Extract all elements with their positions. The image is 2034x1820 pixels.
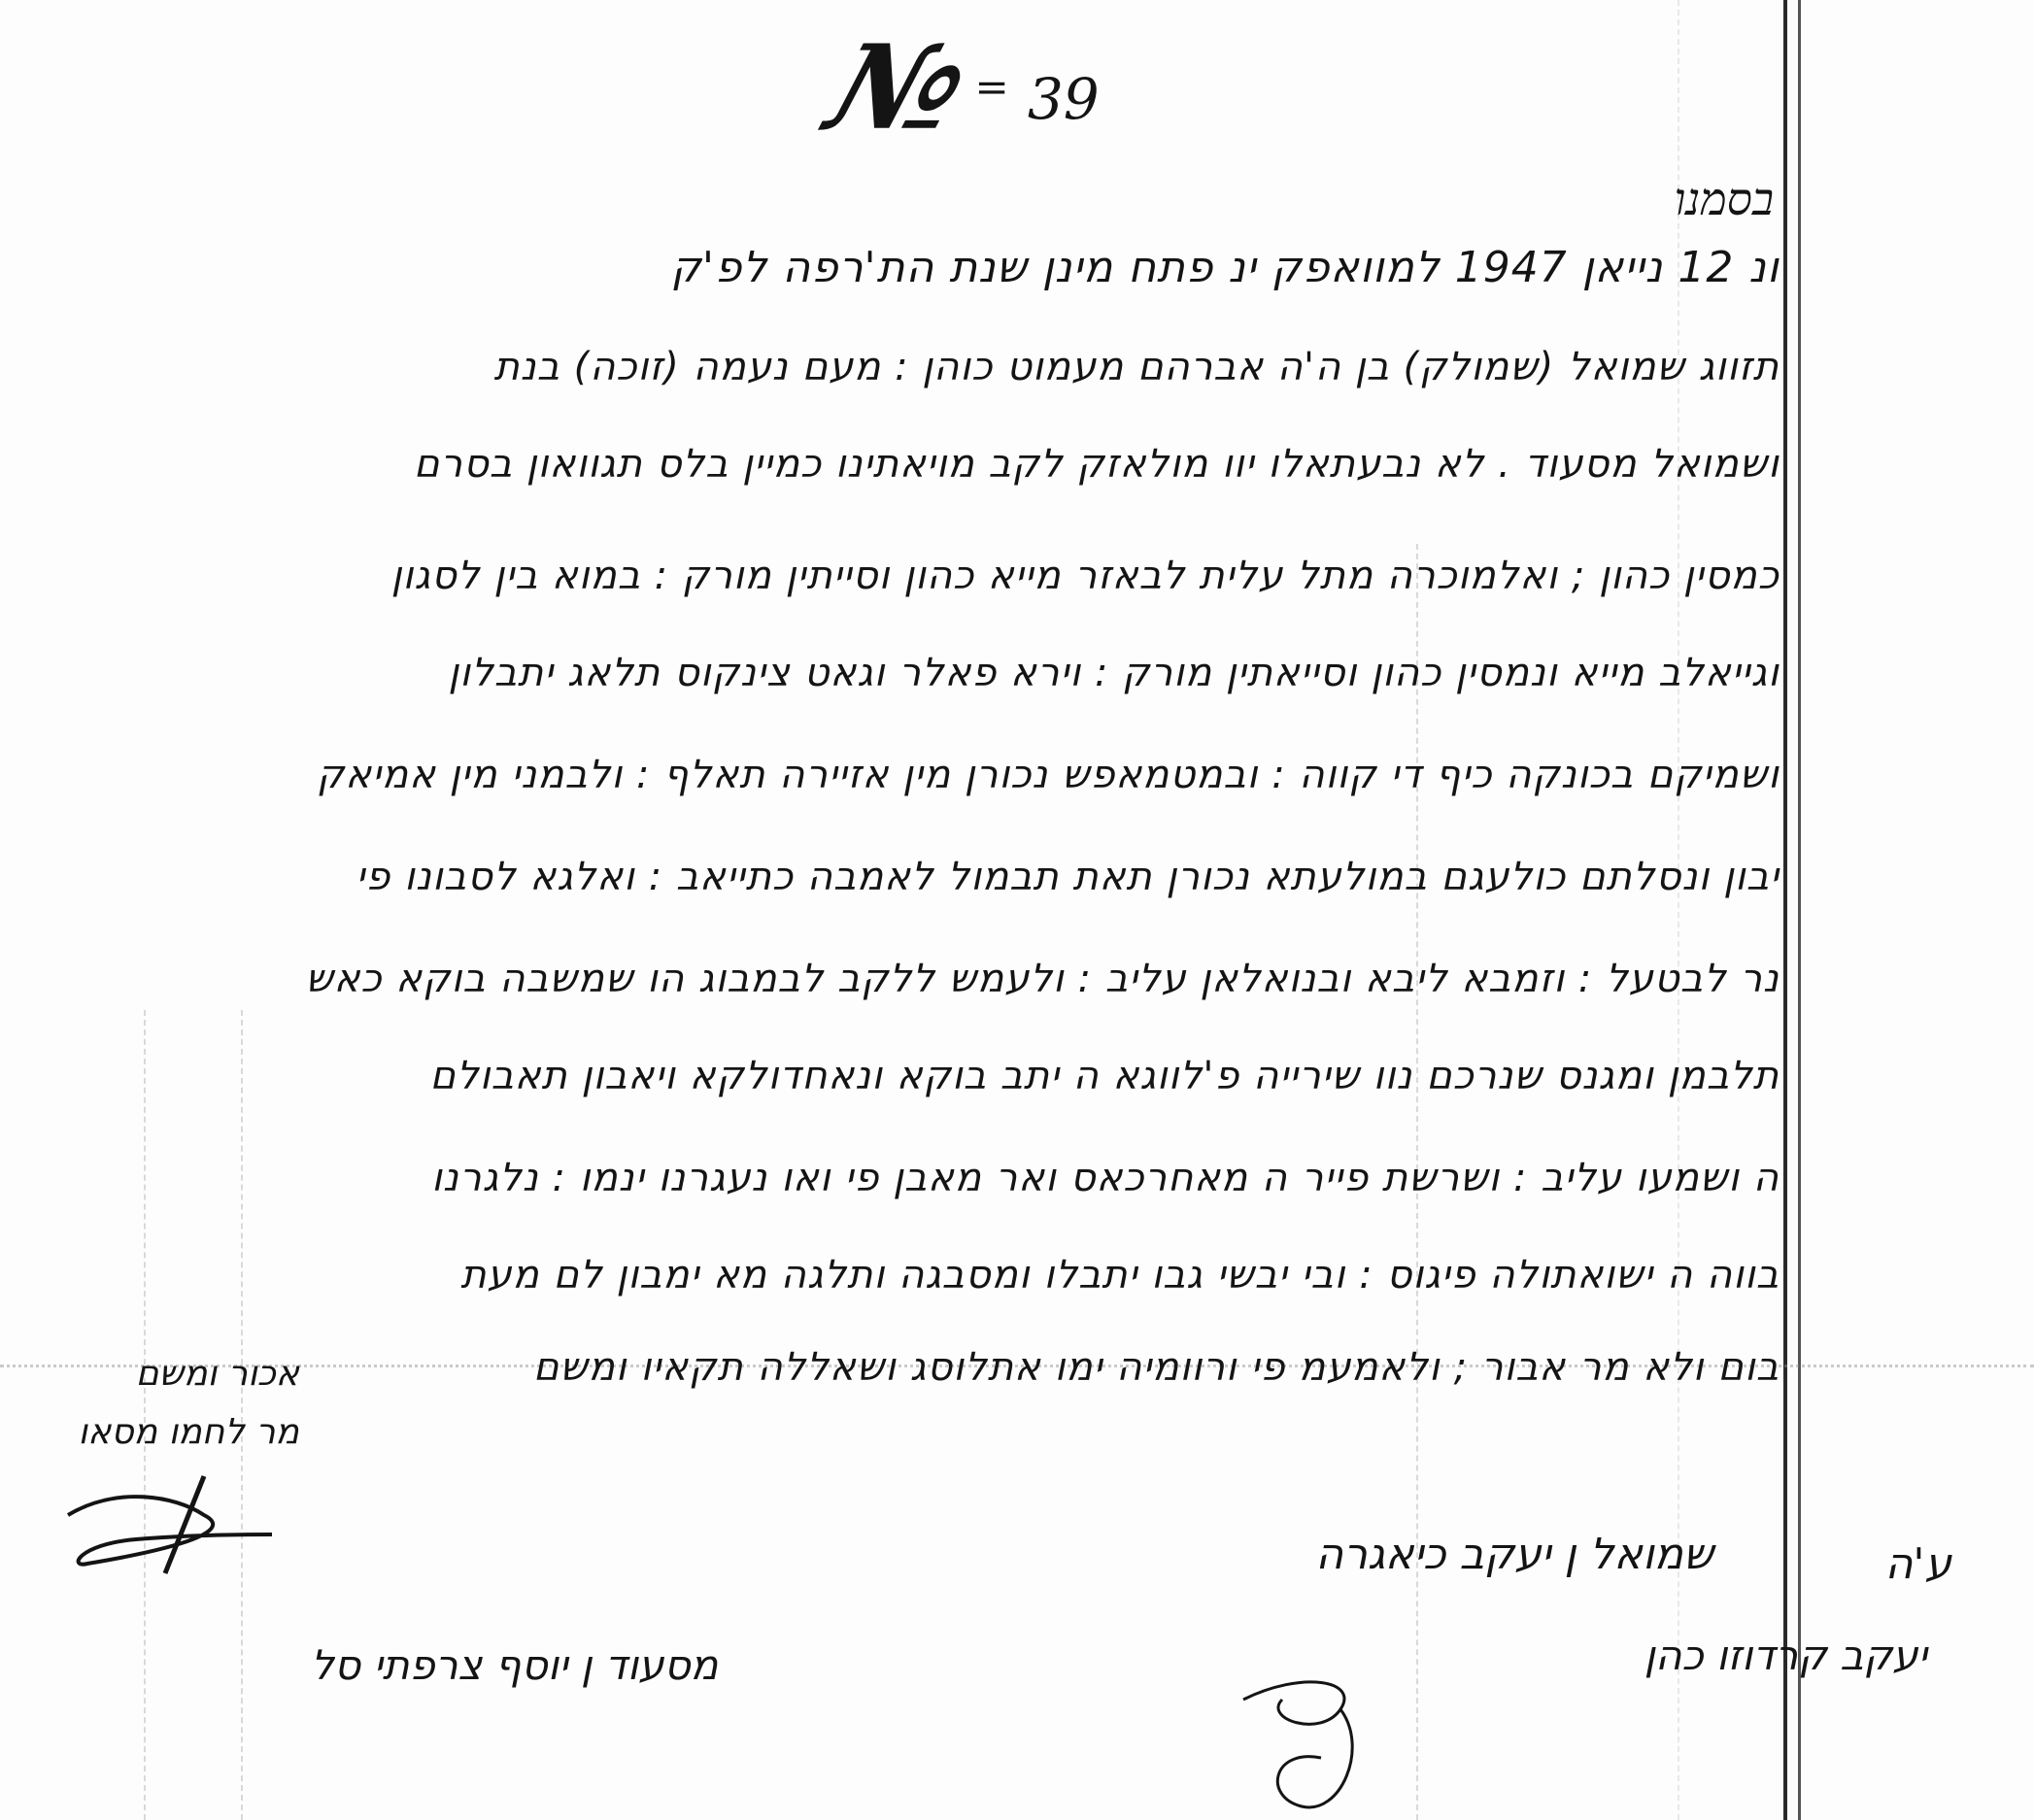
- document-heading: בסמנו: [1675, 173, 1774, 225]
- body-line-5: וגייאלב מייא ונמסין כהון וסייאתין מורק :…: [448, 651, 1780, 695]
- witness-signature-3: מסעוד ן יוסף צרפתי סל: [311, 1641, 718, 1689]
- body-line-7: יבון ונסלתם כולעגם במולעתא נכורן תאת תבמ…: [356, 855, 1780, 899]
- body-line-10: ה ושמעו עליב : ושרשת פייר ה מאחרכאס ואר …: [431, 1156, 1780, 1200]
- number-equals: =: [975, 63, 1009, 111]
- margin-note-line-1: אכור ומשם: [8, 1345, 299, 1403]
- document-number: № = 39: [835, 19, 1100, 156]
- body-line-3: ושמואל מסעוד . לא נבעתאלו יוו מולאזק לקב…: [414, 442, 1780, 487]
- body-line-6: ושמיקם בכונקה כיף די קווה : ובמטמאפש נכו…: [317, 753, 1780, 797]
- witness-label: ע'ה: [1885, 1539, 1951, 1589]
- witness-signature-2: יעקב קרדוזו כהן: [1644, 1632, 1927, 1679]
- margin-rule-right: [1798, 0, 1801, 1820]
- body-line-2: תזווג שמואל (שמולק) בן ה'ה אברהם מעמוט כ…: [493, 345, 1780, 389]
- body-line-8: נר לבטעל : וזמבא ליבא ובנואלאן עליב : ול…: [305, 957, 1780, 1001]
- number-value: 39: [1028, 66, 1100, 132]
- signature-flourish-loop: [1224, 1670, 1399, 1820]
- margin-rule-left: [1783, 0, 1787, 1820]
- number-sign: №: [813, 19, 978, 156]
- witness-signature-1: שמואל ן יעקב כיאגרה: [1315, 1530, 1713, 1579]
- body-line-1: ונ 12 נייאן 1947 למוואפק ינ פתח מינן שנת…: [671, 243, 1780, 292]
- document-page: № = 39 בסמנו ונ 12 נייאן 1947 למוואפק ינ…: [0, 0, 2034, 1820]
- body-line-12: בום ולא מר אבור ; ולאמעמ פי ורוומיה ימו …: [533, 1345, 1780, 1390]
- body-line-11: בווה ה ישואתולה פיגוס : ובי יבשי גבו יתב…: [460, 1253, 1780, 1298]
- margin-note-line-2: מר לחמו מסאו: [8, 1403, 299, 1462]
- margin-note: אכור ומשם מר לחמו מסאו: [8, 1345, 299, 1462]
- margin-signature-flourish: [58, 1476, 272, 1593]
- body-line-9: תלבמן ומגנס שנרכם נוו שירייה פ'לווגא ה י…: [430, 1054, 1780, 1098]
- body-line-4: כמסין כהון ; ואלמוכרה מתל עלית לבאזר מיי…: [391, 554, 1780, 598]
